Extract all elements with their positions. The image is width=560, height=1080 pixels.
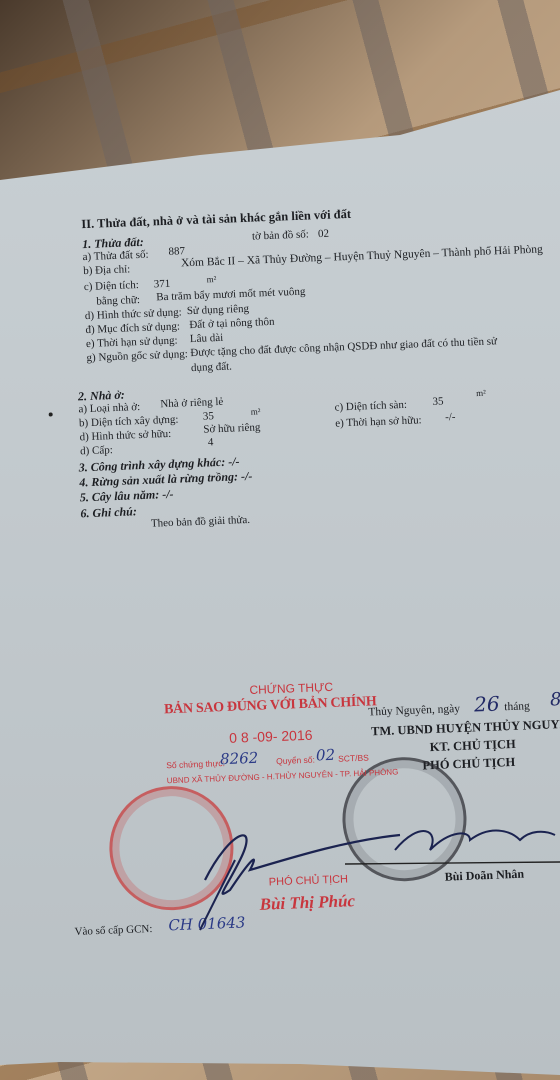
signature-strokes bbox=[0, 0, 560, 1080]
